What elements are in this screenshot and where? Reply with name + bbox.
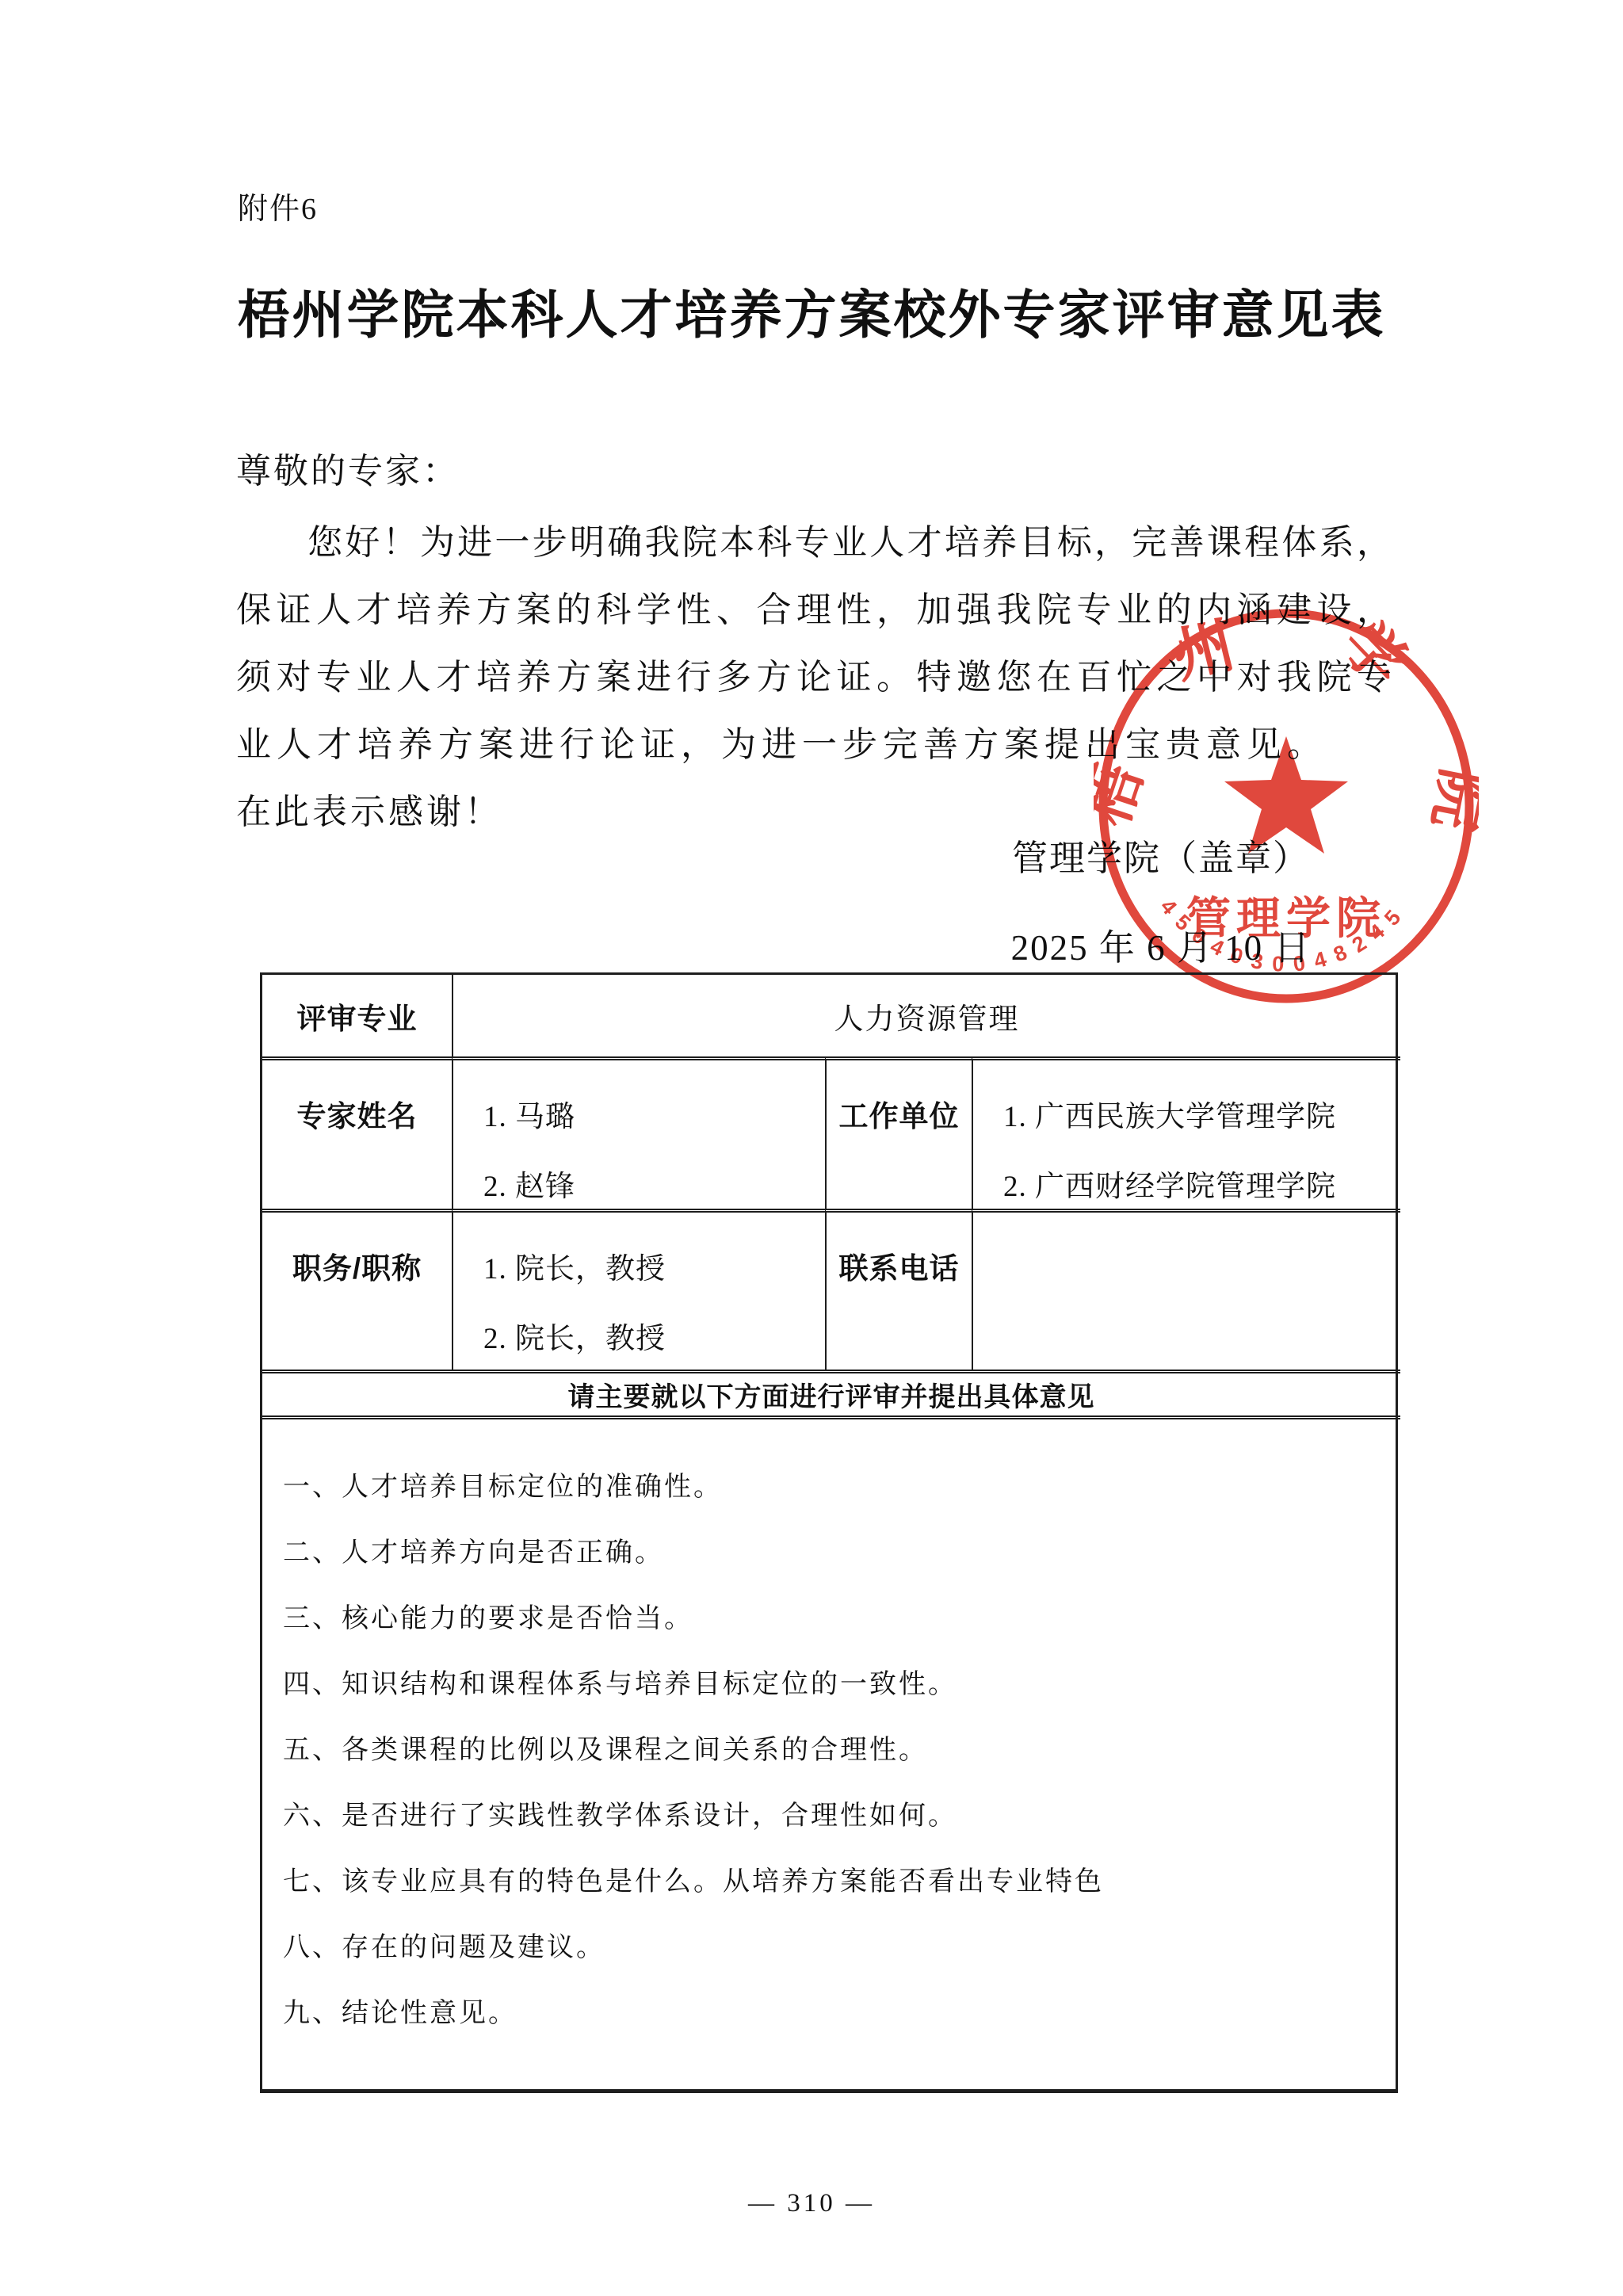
expert-name: 1. 马璐 xyxy=(483,1083,825,1152)
signature-block: 管理学院（盖章） 2025 年 6 月 10 日 xyxy=(1010,829,1312,970)
review-instructions-header: 请主要就以下方面进行评审并提出具体意见 xyxy=(262,1370,1400,1415)
letter-line: 您好！为进一步明确我院本科专业人才培养目标，完善课程体系， xyxy=(236,509,1393,576)
letter-line: 保证人才培养方案的科学性、合理性，加强我院专业的内涵建设， xyxy=(236,576,1393,644)
label-position: 职务/职称 xyxy=(262,1209,452,1370)
page-title: 梧州学院本科人才培养方案校外专家评审意见表 xyxy=(0,273,1623,348)
position-title: 2. 院长，教授 xyxy=(483,1305,825,1374)
value-work-units: 1. 广西民族大学管理学院 2. 广西财经学院管理学院 xyxy=(972,1056,1400,1209)
letter-line: 业人才培养方案进行论证，为进一步完善方案提出宝贵意见。 xyxy=(236,711,1393,778)
review-point: 二、人才培养方向是否正确。 xyxy=(283,1520,1377,1586)
review-point: 三、核心能力的要求是否恰当。 xyxy=(283,1586,1377,1652)
attachment-label: 附件6 xyxy=(238,184,318,227)
review-point: 七、该专业应具有的特色是什么。从培养方案能否看出专业特色 xyxy=(283,1849,1377,1915)
review-table: 评审专业 人力资源管理 专家姓名 1. 马璐 2. 赵锋 工作单位 1. 广西民… xyxy=(260,972,1398,2093)
letter-line: 须对专业人才培养方案进行多方论证。特邀您在百忙之中对我院专 xyxy=(236,644,1393,711)
review-point: 六、是否进行了实践性教学体系设计，合理性如何。 xyxy=(283,1783,1377,1849)
review-point: 八、存在的问题及建议。 xyxy=(283,1915,1377,1981)
signature-date: 2025 年 6 月 10 日 xyxy=(1010,919,1312,970)
review-points-list: 一、人才培养目标定位的准确性。 二、人才培养方向是否正确。 三、核心能力的要求是… xyxy=(262,1415,1400,2089)
review-point: 四、知识结构和课程体系与培养目标定位的一致性。 xyxy=(283,1652,1377,1717)
value-expert-names: 1. 马璐 2. 赵锋 xyxy=(452,1056,825,1209)
letter-salutation: 尊敬的专家： xyxy=(236,434,1393,509)
review-point: 一、人才培养目标定位的准确性。 xyxy=(283,1454,1377,1520)
position-title: 1. 院长，教授 xyxy=(483,1235,825,1305)
label-work-unit: 工作单位 xyxy=(825,1056,972,1209)
document-page: 附件6 梧州学院本科人才培养方案校外专家评审意见表 尊敬的专家： 您好！为进一步… xyxy=(0,0,1623,2296)
review-point: 九、结论性意见。 xyxy=(283,1981,1377,2046)
value-positions: 1. 院长，教授 2. 院长，教授 xyxy=(452,1209,825,1370)
value-major: 人力资源管理 xyxy=(452,975,1400,1056)
label-major: 评审专业 xyxy=(262,975,452,1056)
label-expert-name: 专家姓名 xyxy=(262,1056,452,1209)
signature-unit: 管理学院（盖章） xyxy=(1010,829,1312,881)
label-phone: 联系电话 xyxy=(825,1209,972,1370)
letter-body: 尊敬的专家： 您好！为进一步明确我院本科专业人才培养目标，完善课程体系， 保证人… xyxy=(236,434,1393,846)
value-phone xyxy=(972,1209,1400,1370)
page-number: — 310 — xyxy=(0,2189,1623,2218)
work-unit: 1. 广西民族大学管理学院 xyxy=(1003,1083,1400,1152)
review-point: 五、各类课程的比例以及课程之间关系的合理性。 xyxy=(283,1717,1377,1783)
